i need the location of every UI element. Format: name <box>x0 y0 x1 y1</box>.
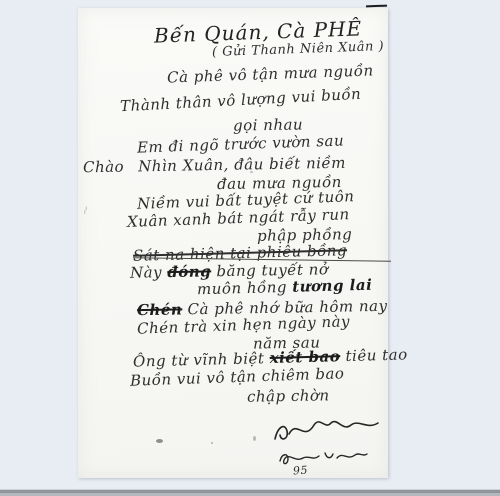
poem-line: chập chờn <box>247 386 330 405</box>
poem-line: muôn hồng tương lai <box>197 276 373 299</box>
poem-text-struck: Chén <box>137 300 183 319</box>
poem-text: muôn hồng <box>197 278 293 298</box>
pen-dash-mark <box>366 5 387 8</box>
poem-line: gọi nhau <box>233 115 303 134</box>
scanned-manuscript-page: Bến Quán, Cà PHÊ ( Gửi Thanh Niên Xuân )… <box>78 8 388 478</box>
poem-text: Cà phê vô tận mưa nguồn <box>167 61 374 86</box>
scan-smudge: ⌇ <box>81 206 87 218</box>
signature-name-scrawl <box>274 446 370 470</box>
scan-speck <box>156 439 163 443</box>
poem-text: Nhìn Xuân, đâu biết niềm <box>138 154 346 176</box>
poem-text: tiêu tao <box>340 345 408 365</box>
poem-text: Chào <box>83 158 124 177</box>
poem-text: gọi nhau <box>233 115 303 134</box>
poem-text: Thành thân vô lượng vui buồn <box>120 85 362 116</box>
poem-line: Thành thân vô lượng vui buồn <box>120 85 362 116</box>
poem-text: chập chờn <box>247 386 330 405</box>
scan-speck <box>211 442 213 444</box>
scan-speck <box>253 436 256 441</box>
window-bottom-edge <box>0 489 500 496</box>
image-viewer-canvas: Bến Quán, Cà PHÊ ( Gửi Thanh Niên Xuân )… <box>0 0 500 496</box>
poem-text-struck: đóng <box>167 262 211 281</box>
scan-speck <box>250 171 253 173</box>
signature-scrawl <box>268 415 386 449</box>
poem-line: Em đi ngõ trước vườn sau <box>137 131 345 156</box>
signature-year-text: 95 <box>293 463 309 477</box>
poem-text-emphasis: tương lai <box>292 276 373 296</box>
poem-text: Em đi ngõ trước vườn sau <box>137 131 345 156</box>
poem-line: Cà phê vô tận mưa nguồn <box>167 61 374 86</box>
poem-text: Này <box>130 263 168 282</box>
signature-year: 95 <box>293 463 309 477</box>
